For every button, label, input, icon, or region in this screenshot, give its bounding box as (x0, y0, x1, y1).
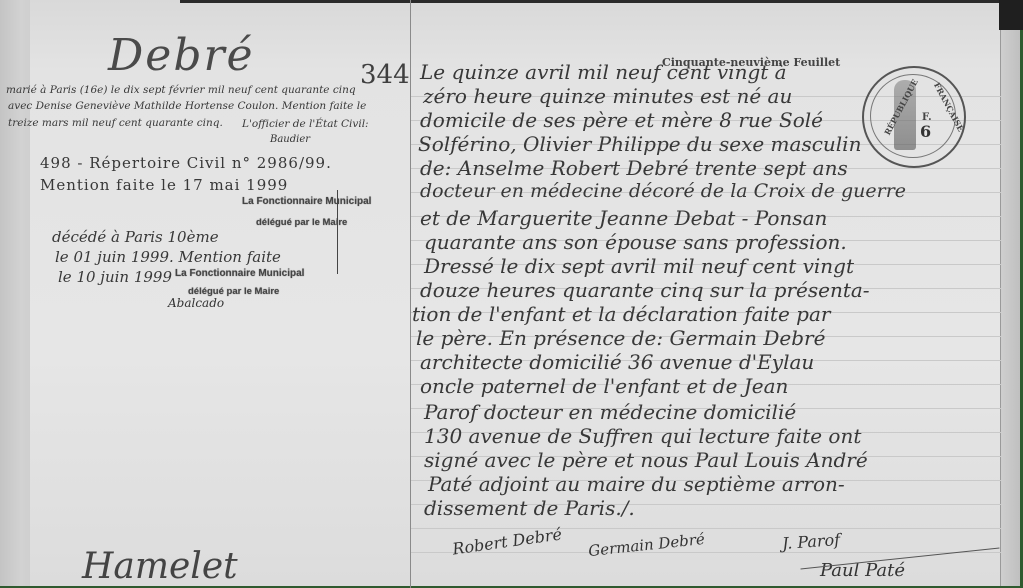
act-line: Dressé le dix sept avril mil neuf cent v… (424, 254, 854, 278)
act-line: et de Marguerite Jeanne Debat - Ponsan (420, 206, 827, 230)
margin-divider-line (410, 0, 411, 588)
act-line: de: Anselme Robert Debré trente sept ans (420, 156, 848, 180)
republique-francaise-seal: RÉPUBLIQUE FRANÇAISE F. 6 (862, 66, 966, 168)
death-note-line: décédé à Paris 10ème (52, 228, 219, 246)
act-line: Solférino, Olivier Philippe du sexe masc… (418, 132, 861, 156)
act-line: le père. En présence de: Germain Debré (416, 326, 825, 350)
marriage-officer-signature: Baudier (270, 134, 310, 145)
seal-number: 6 (920, 122, 931, 141)
act-line: douze heures quarante cinq sur la présen… (420, 278, 870, 302)
act-line: architecte domicilié 36 avenue d'Eylau (420, 350, 814, 374)
act-line: zéro heure quinze minutes est né au (423, 84, 792, 108)
death-note-line: le 01 juin 1999. Mention faite (55, 248, 281, 266)
marriage-note-line: avec Denise Geneviève Mathilde Hortense … (8, 100, 366, 112)
act-line: quarante ans son épouse sans profession. (424, 230, 847, 254)
act-number: 344 (360, 60, 410, 90)
act-line: tion de l'enfant et la déclaration faite… (412, 302, 830, 326)
act-line: docteur en médecine décoré de la Croix d… (420, 180, 906, 202)
scan-corner-shadow (999, 0, 1023, 30)
signature-stroke (337, 190, 338, 274)
death-note-line: le 10 juin 1999 (58, 268, 172, 286)
mention-date-line: Mention faite le 17 mai 1999 (40, 176, 288, 194)
signature-jean-parof: J. Parof (781, 530, 840, 553)
stamp-line: La Fonctionnaire Municipal (242, 196, 371, 207)
act-line: Paté adjoint au maire du septième arron- (428, 472, 845, 496)
act-line: 130 avenue de Suffren qui lecture faite … (424, 424, 861, 448)
stamp-2-signature: Abalcado (168, 296, 224, 310)
signature-paul-pate: Paul Paté (820, 560, 905, 581)
marriage-note-line: marié à Paris (16e) le dix sept février … (6, 84, 356, 96)
act-line: Le quinze avril mil neuf cent vingt à (420, 60, 787, 84)
scan-top-border (180, 0, 1023, 3)
stamp-line: délégué par le Maire (256, 217, 347, 228)
act-line: domicile de ses père et mère 8 rue Solé (420, 108, 823, 132)
ruled-line (411, 528, 1001, 529)
repertoire-civil-line: 498 - Répertoire Civil n° 2986/99. (40, 154, 332, 172)
stamp-line: La Fonctionnaire Municipal (175, 268, 304, 279)
marriage-note-line: treize mars mil neuf cent quarante cinq. (8, 117, 223, 129)
surname-heading: Debré (108, 30, 255, 81)
act-line: signé avec le père et nous Paul Louis An… (424, 448, 868, 472)
bottom-name: Hamelet (82, 546, 238, 587)
act-line: dissement de Paris./. (424, 496, 635, 520)
act-line: Parof docteur en médecine domicilié (424, 400, 796, 424)
act-line: oncle paternel de l'enfant et de Jean (420, 374, 788, 398)
marriage-officer-label: L'officier de l'État Civil: (242, 118, 369, 130)
